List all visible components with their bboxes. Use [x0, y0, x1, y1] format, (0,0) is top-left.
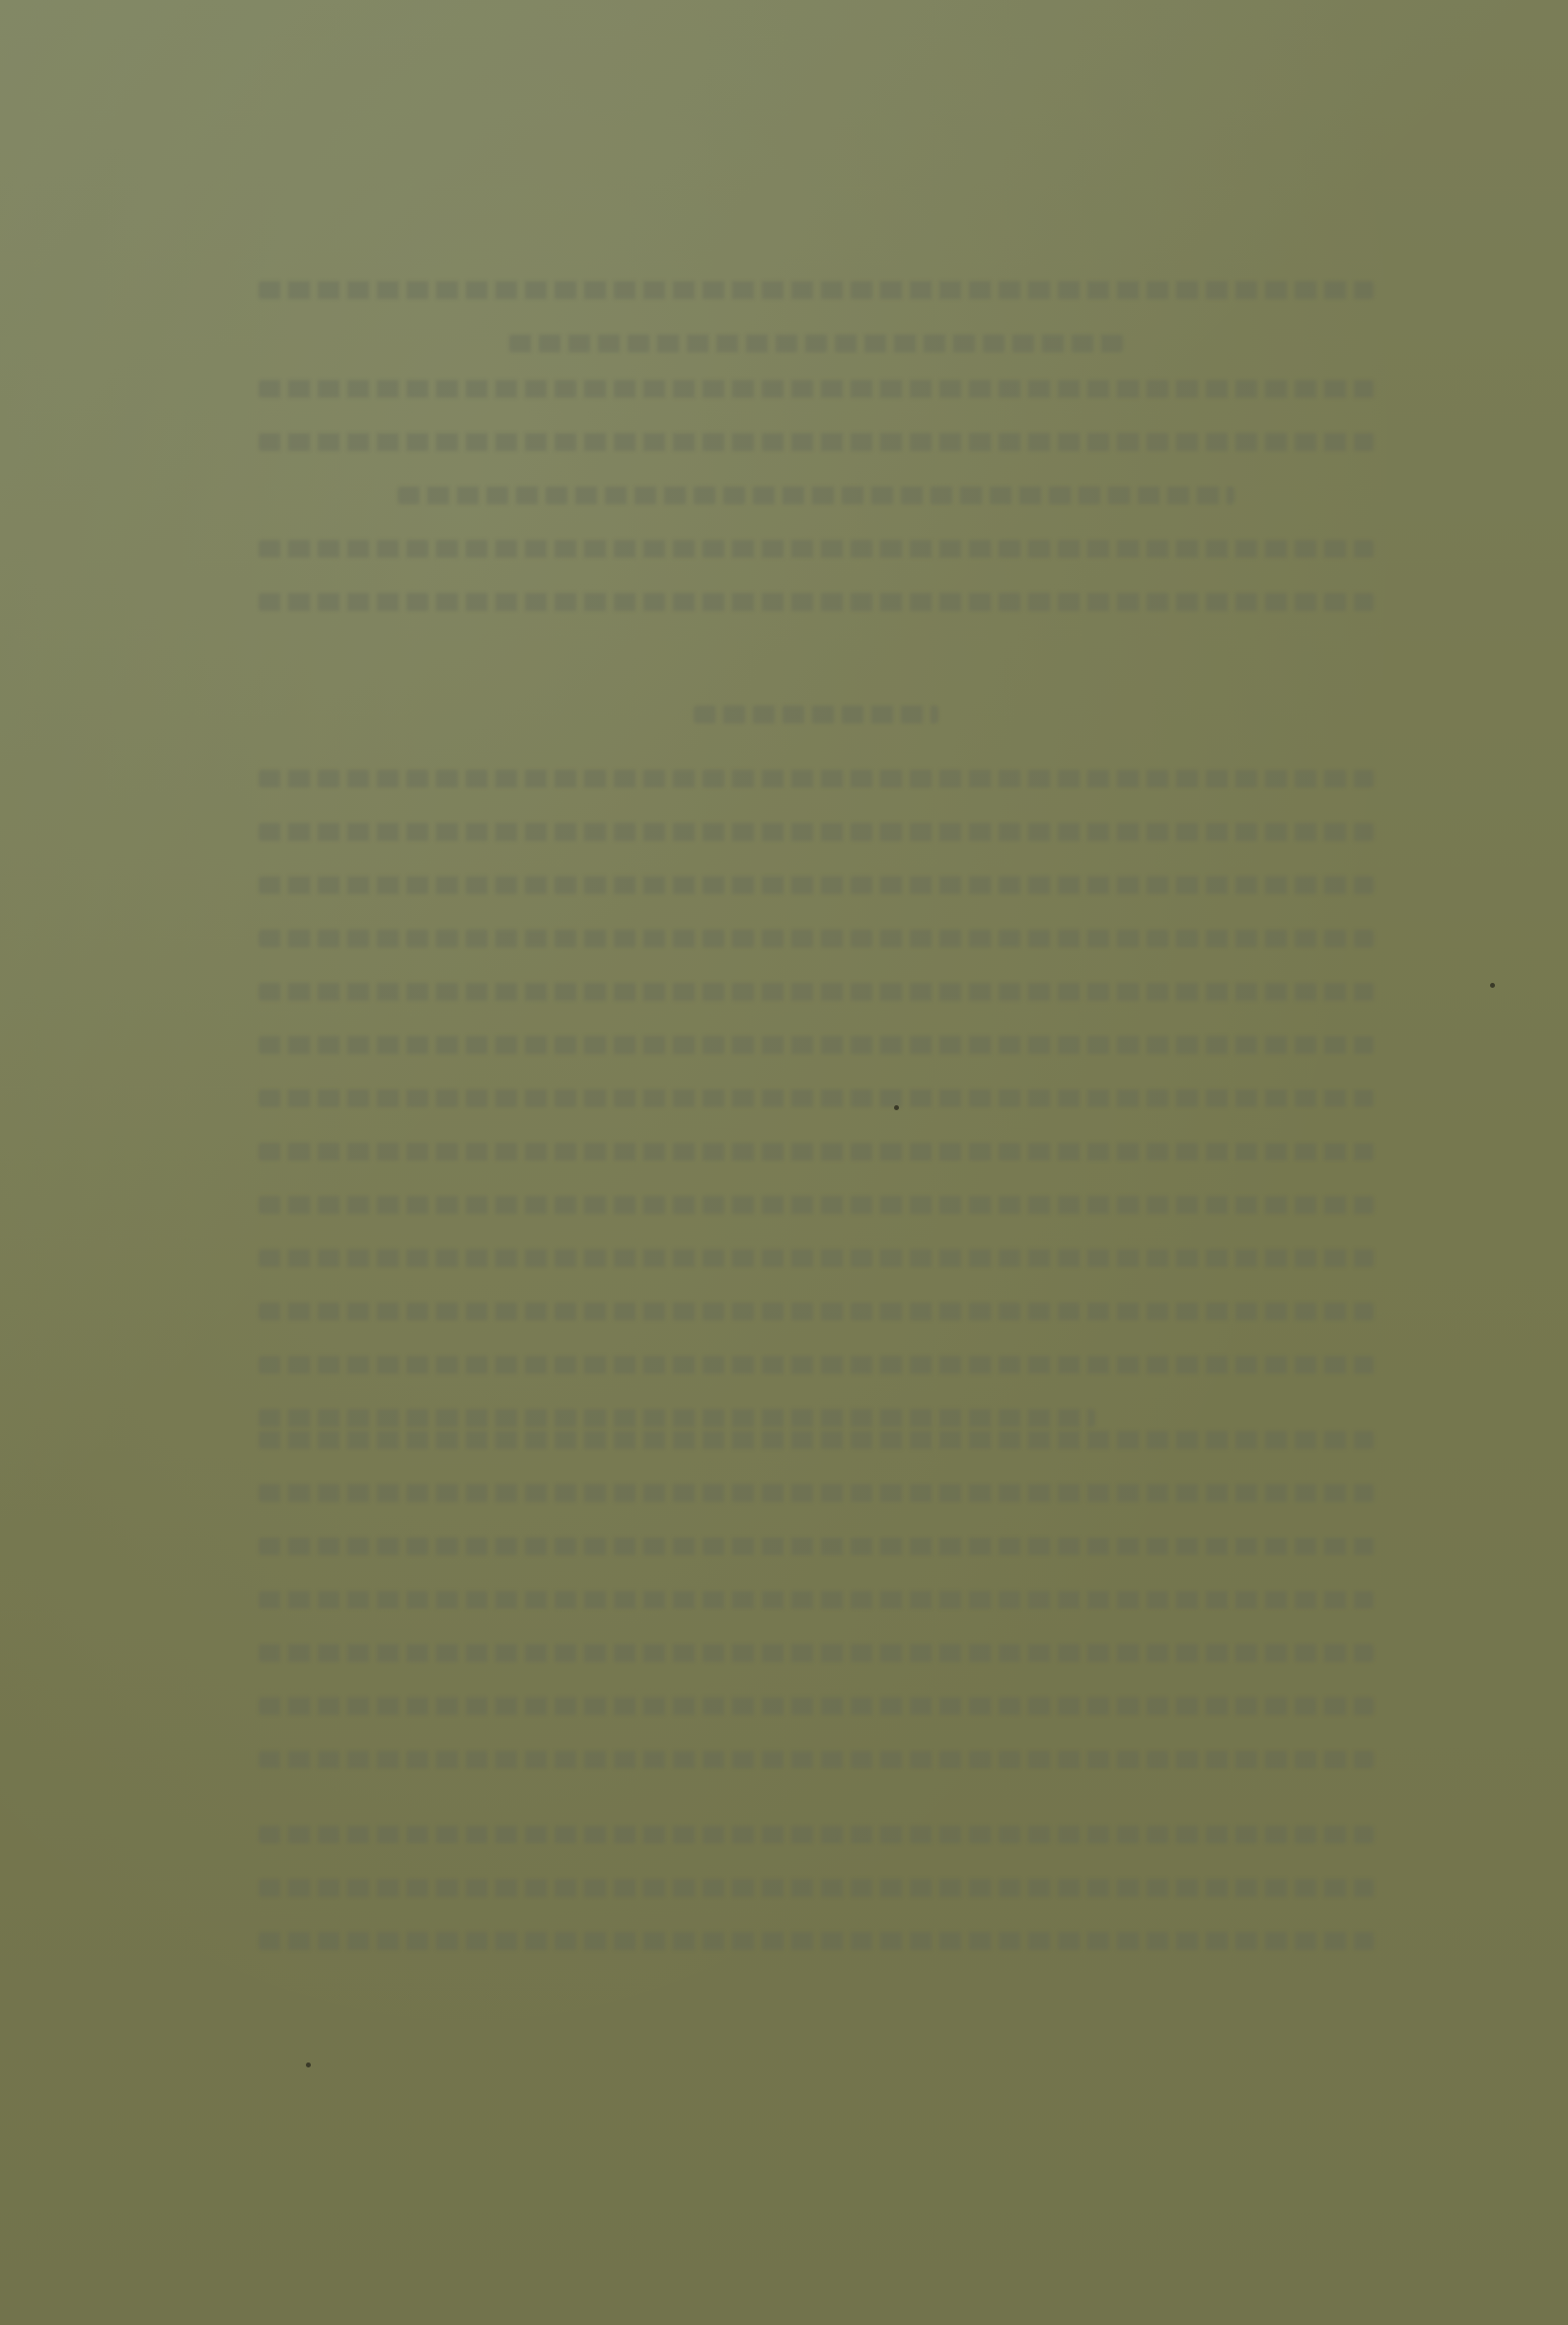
paragraph-1: [259, 380, 1374, 646]
paragraph-4: [259, 1826, 1374, 1986]
ghost-text-line: [259, 1932, 1374, 1950]
ghost-text-line: [259, 1196, 1374, 1214]
ghost-text-line: [259, 1356, 1374, 1374]
ghost-text-line: [259, 823, 1374, 841]
ghost-text-line: [259, 876, 1374, 894]
ghost-text-line: [259, 1036, 1374, 1054]
paper-speck: [894, 1105, 899, 1110]
ghost-text-line: [259, 770, 1374, 787]
ghost-text-line: [259, 433, 1374, 451]
paper-speck: [1490, 983, 1495, 988]
ghost-text-line: [259, 1484, 1374, 1502]
legibility-note: illegible — faint mirrored bleed-through…: [0, 0, 1, 1]
ghost-text-line: [259, 380, 1374, 398]
paragraph-3: [259, 1431, 1374, 1804]
ghost-text-line: [259, 1826, 1374, 1843]
ghost-text-line: [259, 1303, 1374, 1320]
ghost-text-line: [694, 706, 939, 723]
paragraph-2: [259, 770, 1374, 1462]
ghost-text-line: [259, 1249, 1374, 1267]
ghost-text-line: [259, 1431, 1374, 1449]
ghost-text-line: [259, 540, 1374, 558]
ghost-text-line: [259, 930, 1374, 947]
ghost-text-line: [259, 1644, 1374, 1662]
ghost-text-line: [259, 1879, 1374, 1897]
subheading: [259, 706, 1374, 759]
ghost-text-line: [259, 593, 1374, 611]
ghost-text-line: [509, 335, 1123, 352]
ghost-text-line: [259, 281, 1374, 299]
ghost-text-line: [259, 1591, 1374, 1609]
ghost-text-line: [259, 1409, 1095, 1427]
paper-speck: [306, 2062, 311, 2067]
ghost-text-line: [398, 487, 1234, 504]
scanned-page: illegible — faint mirrored bleed-through…: [0, 0, 1568, 2325]
ghost-text-line: [259, 1697, 1374, 1715]
header-block: [259, 281, 1374, 388]
ghost-text-line: [259, 1089, 1374, 1107]
ghost-text-line: [259, 1751, 1374, 1768]
ghost-text-line: [259, 1143, 1374, 1161]
ghost-text-line: [259, 983, 1374, 1001]
ghost-text-line: [259, 1537, 1374, 1555]
